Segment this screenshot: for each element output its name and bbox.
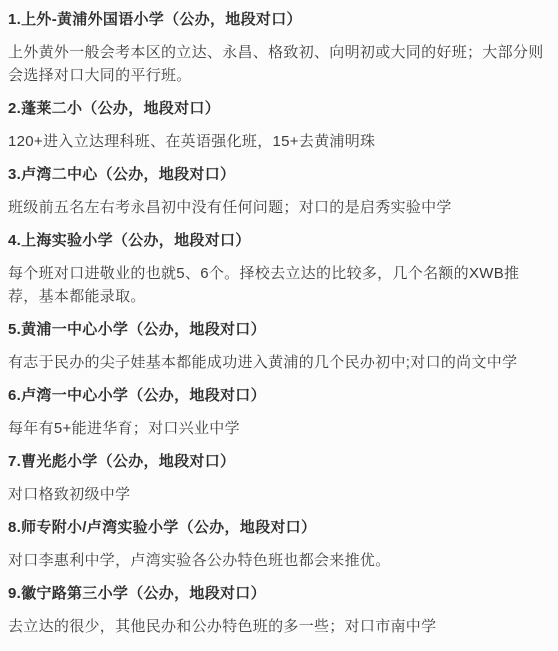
school-section: 9.徽宁路第三小学（公办，地段对口） 去立达的很少，其他民办和公办特色班的多一些… (8, 582, 544, 638)
school-note: 每个班对口进敬业的也就5、6个。择校去立达的比较多，几个名额的XWB推荐，基本都… (8, 262, 544, 308)
school-section: 8.师专附小/卢湾实验小学（公办，地段对口） 对口李惠利中学，卢湾实验各公办特色… (8, 516, 544, 572)
school-section: 2.蓬莱二小（公办，地段对口） 120+进入立达理科班、在英语强化班，15+去黄… (8, 97, 544, 153)
school-heading: 9.徽宁路第三小学（公办，地段对口） (8, 582, 544, 605)
school-heading: 1.上外-黄浦外国语小学（公办，地段对口） (8, 8, 544, 31)
school-note: 有志于民办的尖子娃基本都能成功进入黄浦的几个民办初中;对口的尚文中学 (8, 351, 544, 374)
school-heading: 3.卢湾二中心（公办，地段对口） (8, 163, 544, 186)
school-section: 6.卢湾一中心小学（公办，地段对口） 每年有5+能进华育；对口兴业中学 (8, 384, 544, 440)
school-section: 7.曹光彪小学（公办，地段对口） 对口格致初级中学 (8, 450, 544, 506)
school-heading: 6.卢湾一中心小学（公办，地段对口） (8, 384, 544, 407)
school-note: 上外黄外一般会考本区的立达、永昌、格致初、向明初或大同的好班；大部分则会选择对口… (8, 41, 544, 87)
school-heading: 2.蓬莱二小（公办，地段对口） (8, 97, 544, 120)
school-heading: 4.上海实验小学（公办，地段对口） (8, 229, 544, 252)
school-heading: 8.师专附小/卢湾实验小学（公办，地段对口） (8, 516, 544, 539)
school-heading: 5.黄浦一中心小学（公办，地段对口） (8, 318, 544, 341)
school-note: 去立达的很少，其他民办和公办特色班的多一些；对口市南中学 (8, 615, 544, 638)
school-section: 1.上外-黄浦外国语小学（公办，地段对口） 上外黄外一般会考本区的立达、永昌、格… (8, 8, 544, 87)
school-list-article: 1.上外-黄浦外国语小学（公办，地段对口） 上外黄外一般会考本区的立达、永昌、格… (0, 0, 558, 651)
school-note: 对口李惠利中学，卢湾实验各公办特色班也都会来推优。 (8, 549, 544, 572)
school-section: 5.黄浦一中心小学（公办，地段对口） 有志于民办的尖子娃基本都能成功进入黄浦的几… (8, 318, 544, 374)
school-note: 120+进入立达理科班、在英语强化班，15+去黄浦明珠 (8, 130, 544, 153)
school-heading: 7.曹光彪小学（公办，地段对口） (8, 450, 544, 473)
school-note: 班级前五名左右考永昌初中没有任何问题；对口的是启秀实验中学 (8, 196, 544, 219)
school-section: 3.卢湾二中心（公办，地段对口） 班级前五名左右考永昌初中没有任何问题；对口的是… (8, 163, 544, 219)
school-note: 对口格致初级中学 (8, 483, 544, 506)
school-section: 4.上海实验小学（公办，地段对口） 每个班对口进敬业的也就5、6个。择校去立达的… (8, 229, 544, 308)
school-note: 每年有5+能进华育；对口兴业中学 (8, 417, 544, 440)
